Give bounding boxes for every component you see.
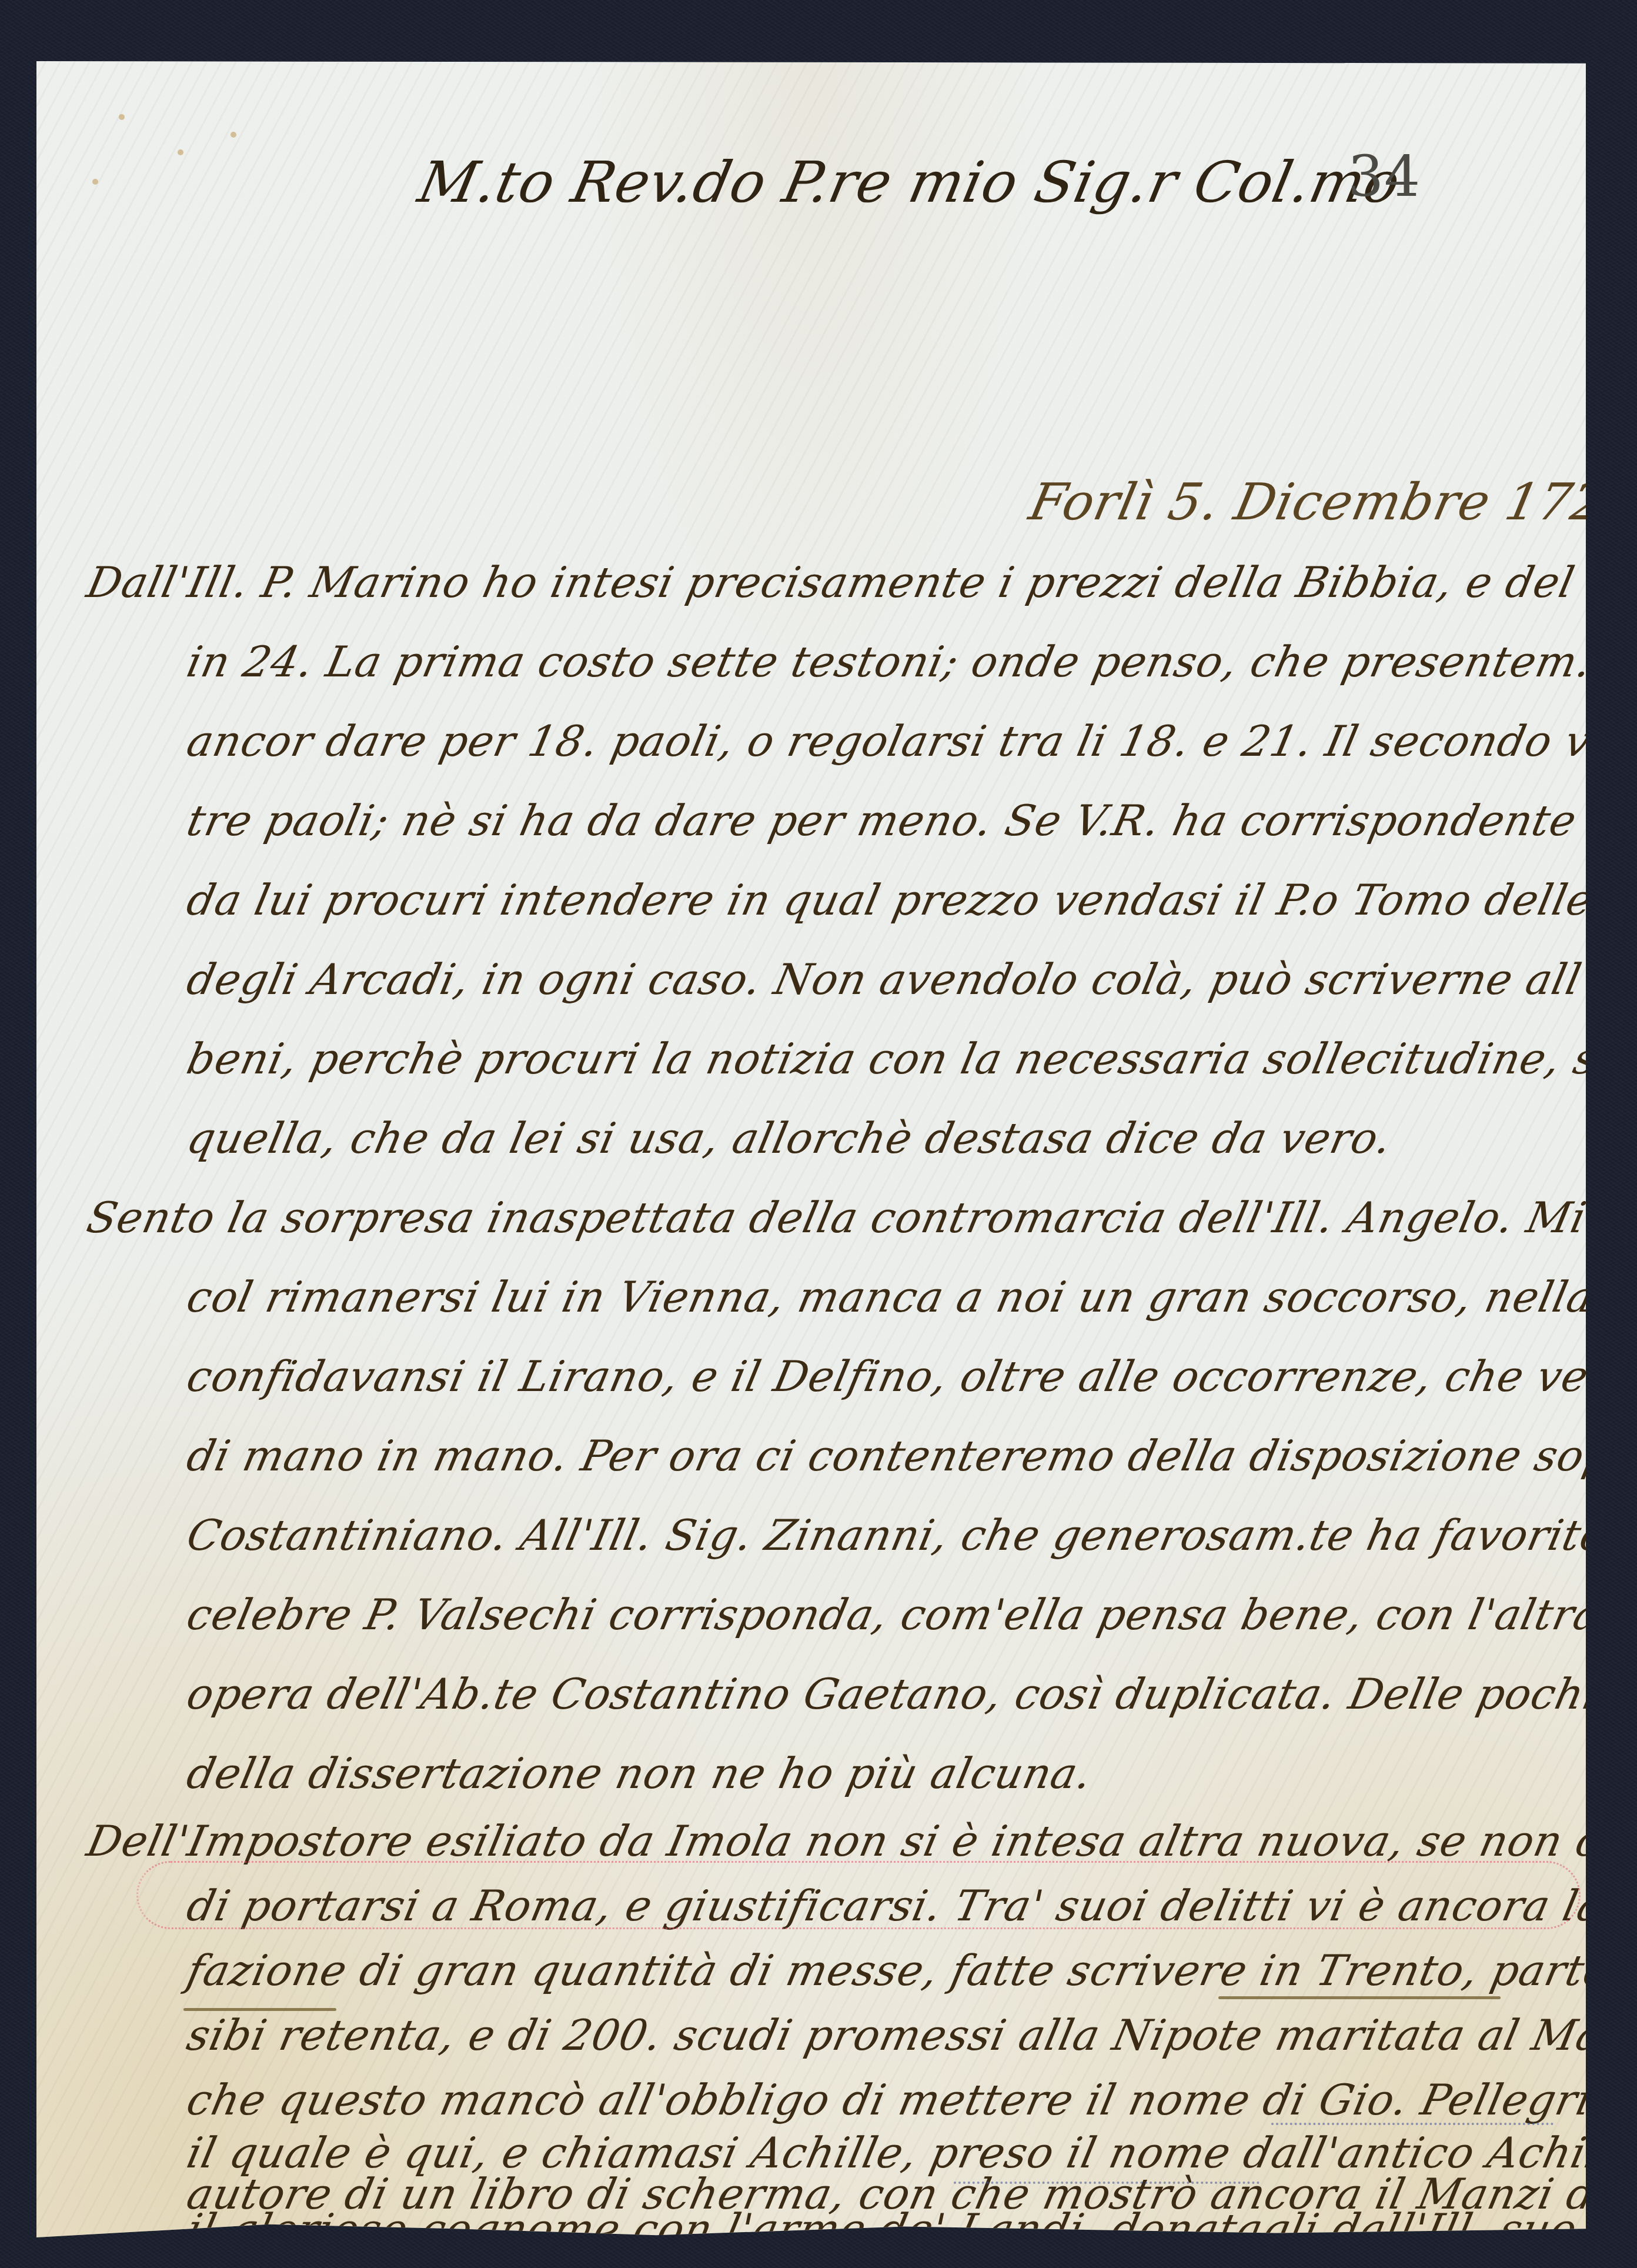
text-line: Sento la sorpresa inaspettata della cont…: [83, 1196, 1637, 1239]
text-line: quella, che da lei si usa, allorchè dest…: [183, 1117, 1395, 1159]
text-line: degli Arcadi, in ogni caso. Non avendolo…: [183, 958, 1637, 1000]
salutation-heading: M.to Rev.do P.re mio Sig.r Col.mo: [413, 149, 1407, 215]
foxing-spot: [230, 132, 236, 138]
blue-pencil-underline: [1271, 2123, 1554, 2125]
text-line: Dall'Ill. P. Marino ho intesi precisamen…: [83, 561, 1637, 603]
blue-pencil-underline: [954, 2182, 1260, 2184]
text-line: da lui procuri intendere in qual prezzo …: [183, 879, 1637, 921]
text-line: di mano in mano. Per ora ci contenteremo…: [183, 1435, 1637, 1477]
text-line: opera dell'Ab.te Costantino Gaetano, cos…: [183, 1673, 1637, 1715]
text-line: Costantiniano. All'Ill. Sig. Zinanni, ch…: [183, 1514, 1637, 1556]
text-line: della dissertazione non ne ho più alcuna…: [183, 1752, 1096, 1795]
manuscript-sheet: M.to Rev.do P.re mio Sig.r Col.mo 34 For…: [36, 61, 1586, 2237]
text-line: ancor dare per 18. paoli, o regolarsi tr…: [183, 720, 1637, 762]
text-line: tre paoli; nè si ha da dare per meno. Se…: [183, 799, 1637, 842]
text-line: in 24. La prima costo sette testoni; ond…: [183, 641, 1637, 683]
place-and-date: Forlì 5. Dicembre 1725.: [1024, 473, 1637, 532]
text-line: beni, perchè procuri la notizia con la n…: [183, 1038, 1637, 1080]
text-line: sibi retenta, e di 200. scudi promessi a…: [183, 2014, 1637, 2056]
ink-underline: [1218, 1996, 1501, 1999]
text-line: col rimanersi lui in Vienna, manca a noi…: [183, 1276, 1637, 1318]
text-line: confidavansi il Lirano, e il Delfino, ol…: [183, 1355, 1637, 1398]
text-line: fazione di gran quantità di messe, fatte…: [183, 1949, 1637, 1992]
text-line: Dell'Impostore esiliato da Imola non si …: [83, 1820, 1637, 1862]
ink-underline: [183, 2008, 336, 2011]
text-line: il quale è qui, e chiamasi Achille, pres…: [183, 2132, 1637, 2174]
folio-number: 34: [1348, 144, 1421, 209]
text-line: che questo mancò all'obbligo di mettere …: [183, 2079, 1637, 2121]
foxing-spot: [119, 114, 125, 120]
foxing-spot: [178, 149, 183, 155]
red-pencil-bracket: [136, 1861, 1581, 1929]
text-line: celebre P. Valsechi corrisponda, com'ell…: [183, 1593, 1637, 1636]
foxing-spot: [92, 179, 98, 185]
